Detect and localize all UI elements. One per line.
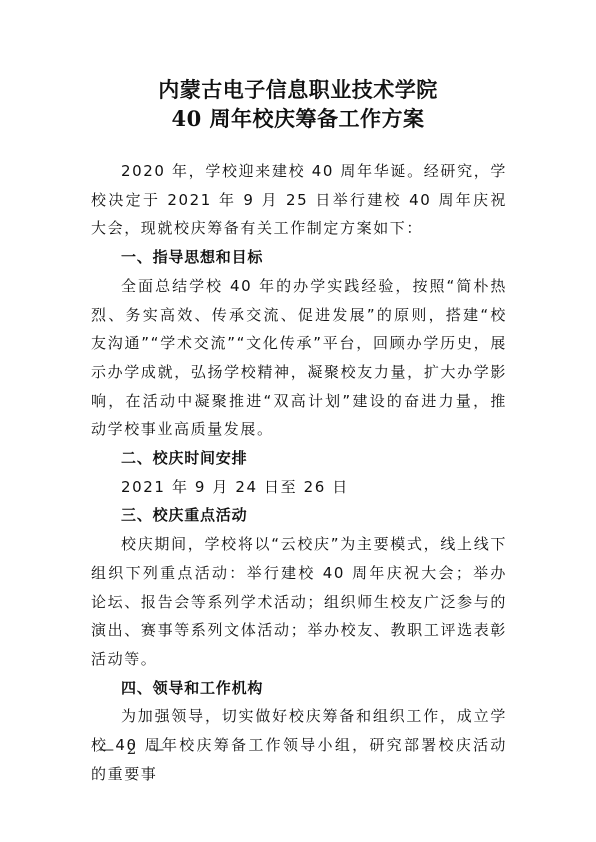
section-heading-3: 三、校庆重点活动 (91, 501, 507, 530)
intro-paragraph: 2020 年，学校迎来建校 40 周年华诞。经研究，学校决定于 2021 年 9… (91, 157, 507, 243)
document-title-line1: 内蒙古电子信息职业技术学院 (0, 74, 596, 104)
section-body-3: 校庆期间，学校将以“云校庆”为主要模式，线上线下组织下列重点活动：举行建校 40… (91, 530, 507, 674)
document-body: 2020 年，学校迎来建校 40 周年华诞。经研究，学校决定于 2021 年 9… (91, 157, 507, 788)
section-heading-1: 一、指导思想和目标 (91, 243, 507, 272)
section-body-1: 全面总结学校 40 年的办学实践经验，按照“简朴热烈、务实高效、传承交流、促进发… (91, 272, 507, 444)
page-number: — 2 — (99, 740, 168, 758)
document-title-line2: 40 周年校庆筹备工作方案 (0, 103, 596, 133)
section-body-2: 2021 年 9 月 24 日至 26 日 (91, 473, 507, 502)
section-heading-2: 二、校庆时间安排 (91, 444, 507, 473)
section-heading-4: 四、领导和工作机构 (91, 674, 507, 703)
